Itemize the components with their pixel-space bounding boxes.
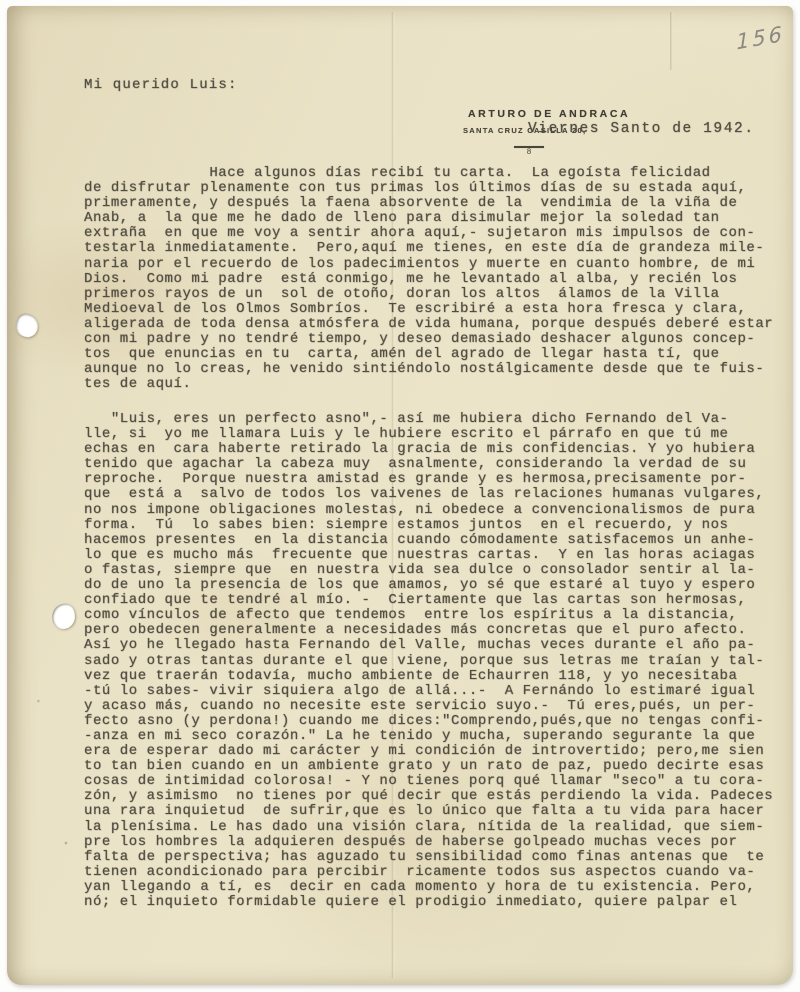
letter-paragraph-1: Hace algunos días recibí tu carta. La eg… <box>84 166 773 392</box>
fold-crease-top-right <box>670 12 673 70</box>
letter-date: Viernes Santo de 1942. <box>528 121 755 137</box>
letter-paragraph-2: "Luis, eres un perfecto asno",- así me h… <box>84 412 773 910</box>
letter-greeting: Mi querido Luis: <box>84 77 238 93</box>
ornament-glyph: 8 <box>512 149 546 157</box>
letterhead-sender-name: ARTURO DE ANDRACA <box>468 108 630 120</box>
letterhead-ornament: 8 <box>512 146 546 157</box>
scanned-letter-page: { "letter": { "archival_page_mark": "156… <box>0 0 800 992</box>
